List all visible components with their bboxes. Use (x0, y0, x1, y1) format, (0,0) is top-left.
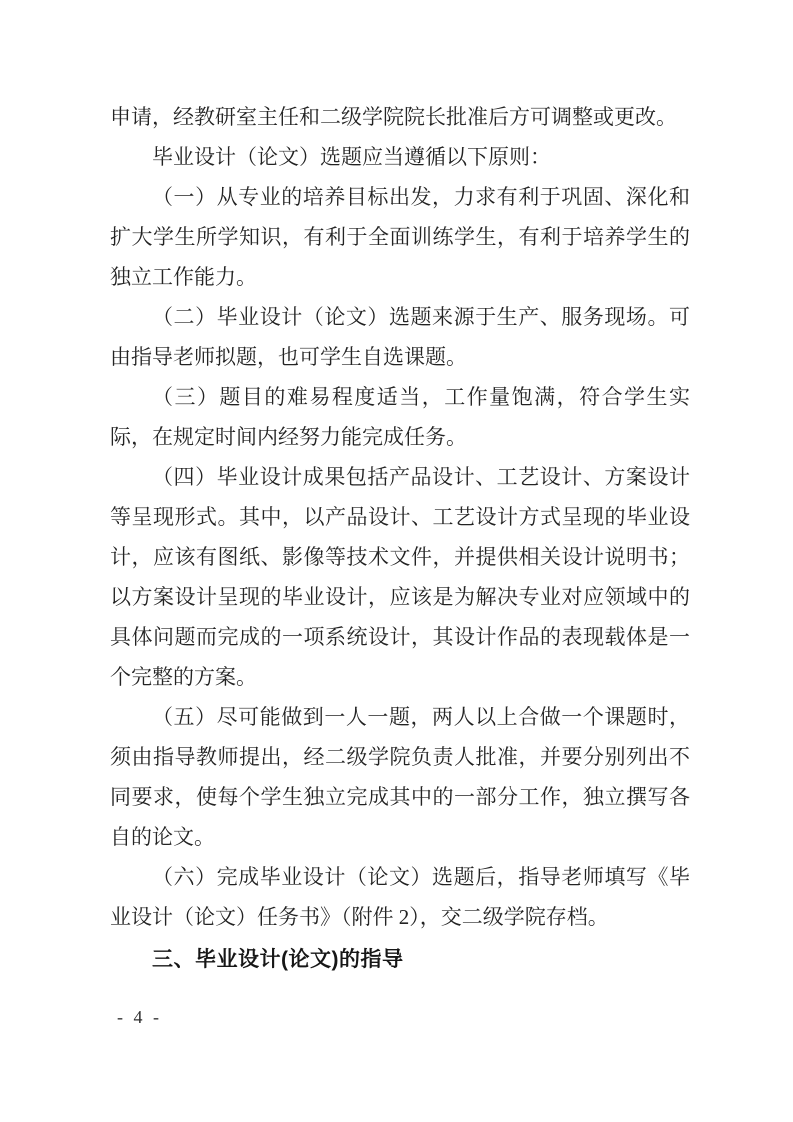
paragraph-principles-intro: 毕业设计（论文）选题应当遵循以下原则： (110, 137, 690, 177)
paragraph-continuation: 申请，经教研室主任和二级学院院长批准后方可调整或更改。 (110, 97, 690, 137)
paragraph-item-5: （五）尽可能做到一人一题，两人以上合做一个课题时，须由指导教师提出，经二级学院负… (110, 697, 690, 857)
paragraph-item-3: （三）题目的难易程度适当，工作量饱满，符合学生实际，在规定时间内经努力能完成任务… (110, 377, 690, 457)
page-number: - 4 - (117, 1005, 162, 1029)
document-body: 申请，经教研室主任和二级学院院长批准后方可调整或更改。 毕业设计（论文）选题应当… (110, 97, 690, 980)
document-page: 申请，经教研室主任和二级学院院长批准后方可调整或更改。 毕业设计（论文）选题应当… (0, 0, 793, 1122)
paragraph-item-6: （六）完成毕业设计（论文）选题后，指导老师填写《毕业设计（论文）任务书》（附件 … (110, 857, 690, 937)
paragraph-item-4: （四）毕业设计成果包括产品设计、工艺设计、方案设计等呈现形式。其中，以产品设计、… (110, 457, 690, 697)
paragraph-item-2: （二）毕业设计（论文）选题来源于生产、服务现场。可由指导老师拟题，也可学生自选课… (110, 297, 690, 377)
section-heading: 三、毕业设计(论文)的指导 (110, 940, 690, 980)
paragraph-item-1: （一）从专业的培养目标出发，力求有利于巩固、深化和扩大学生所学知识，有利于全面训… (110, 177, 690, 297)
